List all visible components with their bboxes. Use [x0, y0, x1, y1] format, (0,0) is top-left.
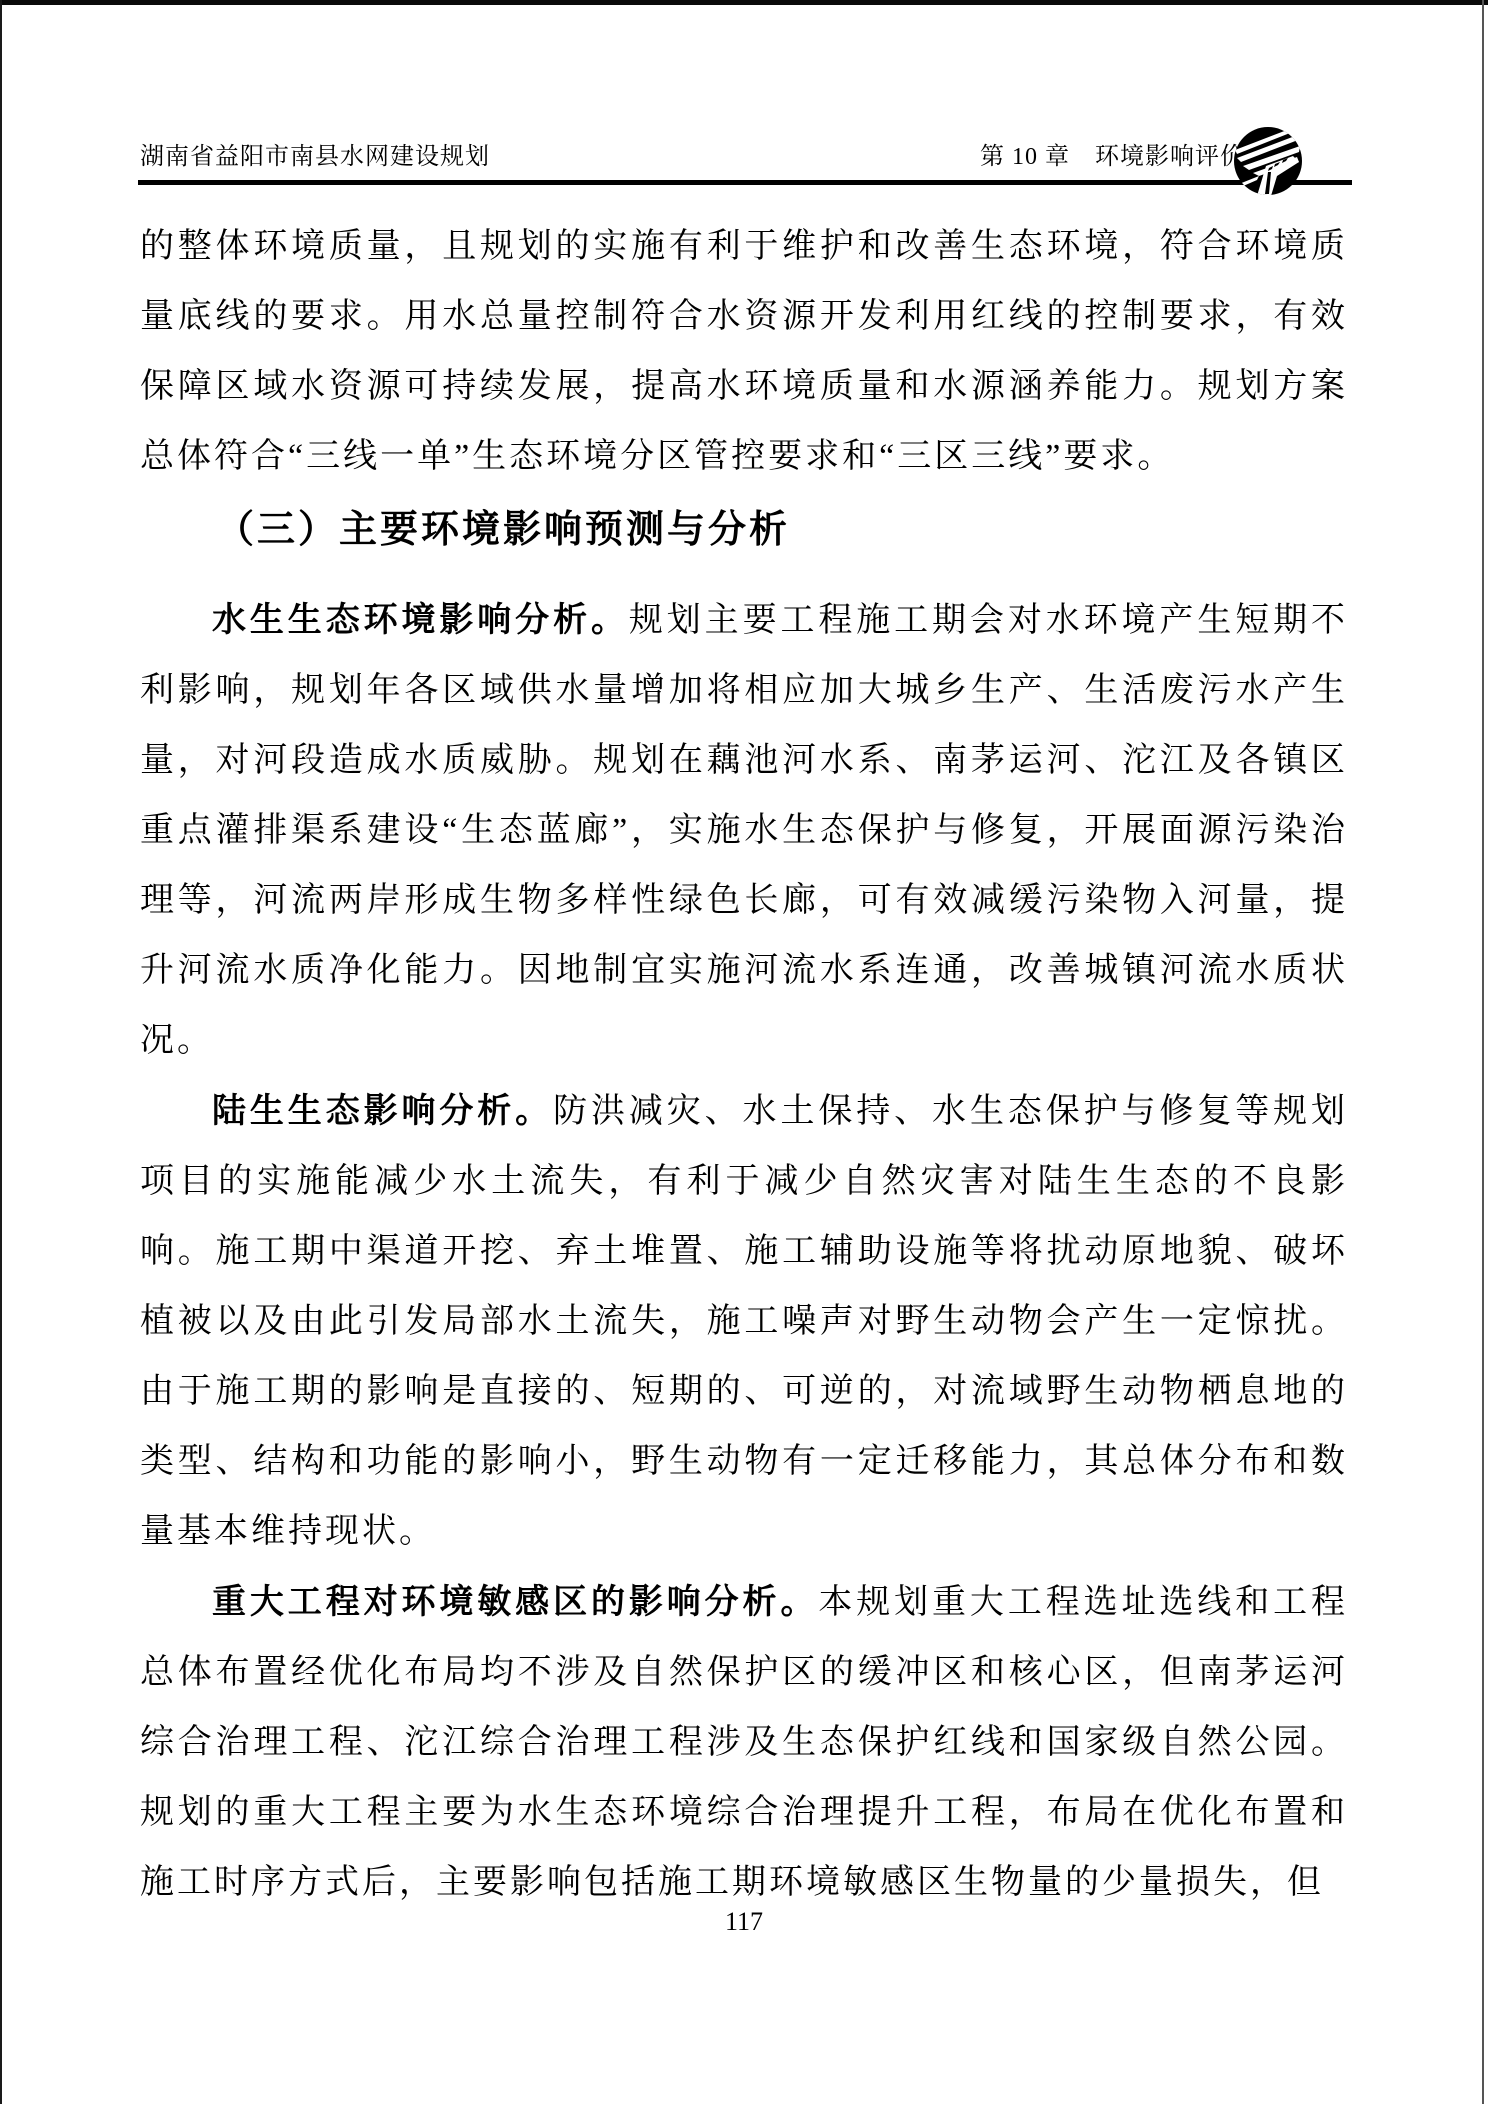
paragraph-text-terrestrial: 防洪减灾、水土保持、水生态保护与修复等规划项目的实施能减少水土流失，有利于减少自… [140, 1093, 1348, 1550]
header-rule [138, 180, 1352, 185]
document-body: 的整体环境质量，且规划的实施有利于维护和改善生态环境，符合环境质量底线的要求。用… [140, 212, 1348, 1918]
page-number: 117 [0, 1905, 1488, 1939]
header-left-title: 湖南省益阳市南县水网建设规划 [140, 142, 490, 172]
header-right-title: 第 10 章 环境影响评价 [980, 142, 1245, 172]
scan-edge-left [0, 0, 2, 2104]
road-emblem-icon [1233, 126, 1303, 196]
scan-edge-top [0, 0, 1488, 5]
paragraph-sensitive-areas: 重大工程对环境敏感区的影响分析。本规划重大工程选址选线和工程总体布置经优化布局均… [140, 1567, 1348, 1918]
paragraph-terrestrial-ecology: 陆生生态影响分析。防洪减灾、水土保持、水生态保护与修复等规划项目的实施能减少水土… [140, 1076, 1348, 1567]
section-heading: （三）主要环境影响预测与分析 [140, 500, 1348, 560]
scan-edge-right [1482, 0, 1484, 2104]
document-page: 湖南省益阳市南县水网建设规划 第 10 章 环境影响评价 [0, 0, 1488, 2104]
paragraph-lead-sensitive: 重大工程对环境敏感区的影响分析。 [212, 1583, 818, 1621]
paragraph-intro-continuation: 的整体环境质量，且规划的实施有利于维护和改善生态环境，符合环境质量底线的要求。用… [140, 212, 1348, 492]
paragraph-lead-terrestrial: 陆生生态影响分析。 [212, 1092, 553, 1130]
paragraph-lead-aquatic: 水生生态环境影响分析。 [212, 601, 629, 639]
paragraph-text-sensitive: 本规划重大工程选址选线和工程总体布置经优化布局均不涉及自然保护区的缓冲区和核心区… [140, 1584, 1348, 1901]
paragraph-text-aquatic: 规划主要工程施工期会对水环境产生短期不利影响，规划年各区域供水量增加将相应加大城… [140, 602, 1348, 1059]
paragraph-aquatic-ecology: 水生生态环境影响分析。规划主要工程施工期会对水环境产生短期不利影响，规划年各区域… [140, 585, 1348, 1076]
